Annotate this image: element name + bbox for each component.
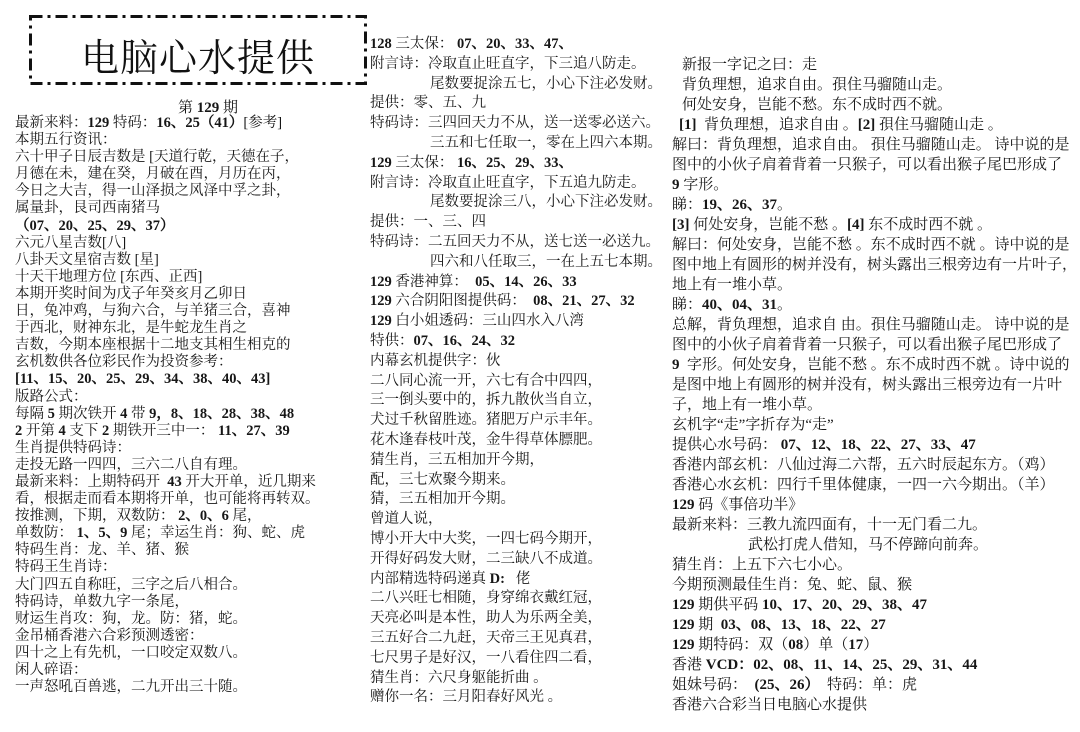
text-segment: 。 [777, 197, 792, 213]
text-line: 提供：零、五、九 [370, 94, 662, 114]
highlighted-numbers: 10、17、20、29、38、47 [762, 597, 927, 613]
text-line: 特供：07、16、24、32 [370, 332, 662, 352]
text-line: 香港 VCD：02、08、11、14、25、29、31、44 [672, 655, 1077, 675]
text-segment: 带 [127, 406, 149, 422]
text-segment: 子，地上有一堆小草。 [672, 397, 822, 413]
text-segment: 赠你一名：三月阳春好风光 。 [370, 689, 562, 705]
text-line: 尾数要捉涂五七，小心下注必发财。 [370, 75, 662, 95]
highlighted-numbers: 40、04、31 [702, 297, 777, 313]
text-segment: 三太保： [392, 155, 457, 171]
text-segment: 单数防： [15, 525, 77, 541]
text-line: 赠你一名：三月阳春好风光 。 [370, 688, 662, 708]
text-line: 新报一字记之曰：走 [672, 55, 1077, 75]
text-segment: 十天干地理方位 [东西、正西] [15, 269, 202, 285]
text-segment: 版路公式： [15, 389, 88, 405]
text-line: 图中地上有圆形的树并没有，树头露出三根旁边有一片叶子， [672, 255, 1077, 275]
highlighted-numbers: 4 [59, 423, 66, 439]
text-segment: 曾道人说， [370, 511, 443, 527]
text-segment: 地上有一堆小草。 [672, 277, 792, 293]
text-line: 特码诗：三四回天力不从，送一送零必送六。 [370, 114, 662, 134]
text-line: 特码生肖：龙、羊、猪、猴 [15, 542, 320, 559]
text-segment: 佬 [505, 571, 530, 587]
text-line: 单数防： 1、5、9 尾；幸运生肖：狗、蛇、虎 [15, 525, 320, 542]
text-line: 128 三太保： 07、20、33、47、 [370, 35, 662, 55]
text-segment: 二八同心流一开，六七有合中四四， [370, 373, 602, 389]
text-segment: 特供： [370, 333, 414, 349]
text-segment: 最新来料：上期特码开 [15, 474, 167, 490]
text-line: 129 六合阴阳图提供码： 08、21、27、32 [370, 292, 662, 312]
text-line: 三一倒头要中的，拆九散伙当自立， [370, 391, 662, 411]
text-segment: 。 [777, 297, 792, 313]
text-segment: 期铁开三中一： [109, 423, 218, 439]
text-line: 睇：40、04、31。 [672, 295, 1077, 315]
title-box: 电脑心水提供 [29, 15, 367, 85]
text-segment: 三太保： [392, 36, 457, 52]
highlighted-numbers: 129 [370, 274, 392, 290]
text-segment: 提供：零、五、九 [370, 95, 486, 111]
text-segment: 大门四五自称旺，三字之后八相合。 [15, 577, 247, 593]
text-segment: 解曰：何处安身，岂能不愁 。东不成时西不就 。诗中说的是 [672, 237, 1070, 253]
text-line: 子，地上有一堆小草。 [672, 395, 1077, 415]
text-segment: 最新来料： [15, 115, 88, 131]
text-segment: 开大开单，近几期来 [182, 474, 316, 490]
text-line: [11、15、20、25、29、34、38、40、43] [15, 371, 320, 388]
issue-prefix: 第 [178, 100, 197, 116]
text-segment: 图中地上有圆形的树并没有，树头露出三根旁边有一片叶子， [672, 257, 1077, 273]
text-line: 曾道人说， [370, 510, 662, 530]
text-segment: 猜，三五相加开今期。 [370, 491, 515, 507]
text-line: 尾数要捉涂三八，小心下注必发财。 [370, 193, 662, 213]
text-segment: 背负理想，追求自由 。 [697, 117, 858, 133]
text-line: 今日之大吉，得一山泽损之风泽中孚之卦， [15, 183, 320, 200]
text-segment: 附言诗：冷取直止旺直字，下五追九防走。 [370, 175, 646, 191]
highlighted-numbers: 129 [672, 497, 695, 513]
text-segment: 玄机数供各位彩民作为投资参考： [15, 354, 233, 370]
text-segment: 猜生肖：六尺身躯能折曲 。 [370, 670, 548, 686]
text-line: 特码诗，单数九字一条尾， [15, 594, 320, 611]
text-segment: 三五好合二九赶，天帝三王见真君， [370, 630, 602, 646]
text-segment: 花木逢春枝叶茂，金牛得草体膘肥。 [370, 432, 602, 448]
text-line: [3] 何处安身，岂能不愁 。[4] 东不成时西不就 。 [672, 215, 1077, 235]
text-segment: 今日之大吉，得一山泽损之风泽中孚之卦， [15, 183, 291, 199]
highlighted-numbers: 129 [672, 597, 695, 613]
text-segment: 二八兴旺七相随，身穿绵衣戴红冠， [370, 590, 602, 606]
text-segment: 香港 [672, 657, 706, 673]
text-segment: 睇： [672, 197, 702, 213]
text-segment: 内部精选特码递真 [370, 571, 490, 587]
text-segment: 金吊桶香港六合彩预测透密： [15, 628, 204, 644]
text-line: 三五好合二九赶，天帝三王见真君， [370, 629, 662, 649]
highlighted-numbers: 07、12、18、22、27、33、47 [781, 437, 976, 453]
text-line: 129 三太保： 16、25、29、33、 [370, 154, 662, 174]
text-segment: 生肖提供特码诗： [15, 440, 131, 456]
text-segment: 姐妹号码： [672, 677, 755, 693]
text-segment: 每隔 [15, 406, 48, 422]
text-line: 地上有一堆小草。 [672, 275, 1077, 295]
text-line: 配，三七欢聚今期来。 [370, 471, 662, 491]
text-line: 十天干地理方位 [东西、正西] [15, 269, 320, 286]
text-line: 香港内部玄机：八仙过海二六帮，五六时辰起东方。（鸡） [672, 455, 1077, 475]
text-segment: 解曰：背负理想，追求自由。 孭住马骝随山走。 诗中说的是 [672, 137, 1070, 153]
highlighted-numbers: [3] [672, 217, 690, 233]
text-line: 何处安身，岂能不愁。东不成时西不就。 [672, 95, 1077, 115]
text-line: 129 期特码：双（08）单（17） [672, 635, 1077, 655]
text-line: 图中的小伙子肩着背着一只猴子，可以看出猴子尾巴形成了 [672, 155, 1077, 175]
text-line: 本期五行资讯： [15, 132, 320, 149]
text-segment: 玄机字“走”字折存为“走” [672, 417, 834, 433]
text-line: 9 字形。何处安身，岂能不愁 。东不成时西不就 。诗中说的 [672, 355, 1077, 375]
text-segment: 香港神算： [392, 274, 475, 290]
text-line: 最新来料：三教九流四面有，十一无门看二九。 [672, 515, 1077, 535]
text-line: 香港心水玄机：四行千里体健康，一四一六今期出。（羊） [672, 475, 1077, 495]
text-segment: 尾数要捉涂三八，小心下注必发财。 [430, 194, 662, 210]
text-line: 七尺男子是好汉，一八看住四二看， [370, 649, 662, 669]
text-segment: 内幕玄机提供字：伙 [370, 353, 501, 369]
text-line: 金吊桶香港六合彩预测透密： [15, 628, 320, 645]
text-segment: 七尺男子是好汉，一八看住四二看， [370, 650, 602, 666]
text-segment: 三一倒头要中的，拆九散伙当自立， [370, 392, 602, 408]
text-segment: 期特码：双（ [695, 637, 789, 653]
highlighted-numbers: D: [490, 571, 505, 587]
text-segment: 特码王生肖诗： [15, 559, 117, 575]
text-segment: 八卦天文星宿吉数 [星] [15, 252, 159, 268]
text-line: 提供心水号码： 07、12、18、22、27、33、47 [672, 435, 1077, 455]
text-segment: 尾， [229, 508, 262, 524]
text-line: 今期预测最佳生肖：兔、蛇、鼠、猴 [672, 575, 1077, 595]
text-segment: 孭住马骝随山走 。 [875, 117, 1003, 133]
highlighted-numbers: 9 [672, 177, 680, 193]
text-segment: 博小开大中大奖，一四七码今期开， [370, 531, 602, 547]
text-line: [1] 背负理想，追求自由 。[2] 孭住马骝随山走 。 [672, 115, 1077, 135]
text-line: 开得好码发大财，二三缺八不成道。 [370, 550, 662, 570]
text-line: 武松打虎人借知，马不停蹄向前奔。 [672, 535, 1077, 555]
text-segment: 期次铁开 [55, 406, 120, 422]
text-line: 日，兔冲鸡，与狗六合，与羊猪三合，喜神 [15, 303, 320, 320]
highlighted-numbers: 19、26、37 [702, 197, 777, 213]
document-title: 电脑心水提供 [29, 19, 367, 89]
text-segment: 按推测，下期，双数防： [15, 508, 178, 524]
highlighted-numbers: 07、20、33、47、 [457, 36, 573, 52]
text-line: 香港六合彩当日电脑心水提供 [672, 695, 1077, 715]
text-segment: 尾；幸运生肖：狗、蛇、虎 [127, 525, 305, 541]
text-line: 附言诗：冷取直止旺直字，下三追八防走。 [370, 55, 662, 75]
text-segment: ） [863, 637, 878, 653]
text-segment: [参考] [243, 115, 282, 131]
text-line: 四六和八任取三，一在上五七本期。 [370, 253, 662, 273]
text-line: 版路公式： [15, 389, 320, 406]
text-line: 每隔 5 期次铁开 4 带 9，8、18、28、38、48 [15, 406, 320, 423]
highlighted-numbers: 1、5、9 [77, 525, 128, 541]
highlighted-numbers: 11、27、39 [218, 423, 290, 439]
text-segment: 总解，背负理想，追求自 由。孭住马骝随山走。 诗中说的是 [672, 317, 1070, 333]
highlighted-numbers: [2] [858, 117, 876, 133]
text-segment: 看，根据走而看本期将开单，也可能将再转双。 [15, 491, 320, 507]
highlighted-numbers: 5 [48, 406, 55, 422]
text-segment: 特码： [109, 115, 156, 131]
text-line: 属量卦，艮司西南猪马 [15, 200, 320, 217]
text-segment: 特码：单：虎 [820, 677, 918, 693]
text-segment: 特码诗：三四回天力不从，送一送零必送六。 [370, 115, 660, 131]
text-segment: 香港六合彩当日电脑心水提供 [672, 697, 867, 713]
text-segment: 尾数要捉涂五七，小心下注必发财。 [430, 76, 662, 92]
text-segment: 犬过千秋留胜迹。猪肥万户示丰年。 [370, 412, 602, 428]
highlighted-numbers: 129 [370, 155, 392, 171]
text-line: 总解，背负理想，追求自 由。孭住马骝随山走。 诗中说的是 [672, 315, 1077, 335]
text-line: 八卦天文星宿吉数 [星] [15, 252, 320, 269]
highlighted-numbers: 128 [370, 36, 392, 52]
text-segment: 配，三七欢聚今期来。 [370, 472, 515, 488]
text-segment: 白小姐透码：三山四水入八湾 [392, 313, 584, 329]
text-line: 三五和七任取一，零在上四六本期。 [370, 134, 662, 154]
text-segment: 支下 [66, 423, 102, 439]
text-segment: 特码诗，单数九字一条尾， [15, 594, 189, 610]
text-line: 图中的小伙子肩着背着一只猴子，可以看出猴子尾巴形成了 [672, 335, 1077, 355]
highlighted-numbers: 2、0、6 [178, 508, 229, 524]
text-segment: 新报一字记之曰：走 [682, 57, 817, 73]
highlighted-numbers: 03、08、13、18、22、27 [721, 617, 886, 633]
highlighted-numbers: [1] [679, 117, 697, 133]
text-segment: 闲人碎语： [15, 662, 88, 678]
text-line: 解曰：背负理想，追求自由。 孭住马骝随山走。 诗中说的是 [672, 135, 1077, 155]
text-line: 2 开第 4 支下 2 期铁开三中一： 11、27、39 [15, 423, 320, 440]
issue-number: 129 [197, 100, 220, 116]
text-line: 129 期 03、08、13、18、22、27 [672, 615, 1077, 635]
text-segment: 特码诗：二五回天力不从，送七送一必送九。 [370, 234, 660, 250]
text-line: 129 白小姐透码：三山四水入八湾 [370, 312, 662, 332]
text-segment: 提供：一、三、四 [370, 214, 486, 230]
text-segment: 何处安身，岂能不愁 。 [690, 217, 848, 233]
text-segment: 月德在未，建在癸，月破在酉，月历在丙， [15, 166, 291, 182]
text-segment: 香港内部玄机：八仙过海二六帮，五六时辰起东方。（鸡） [672, 457, 1055, 473]
text-line: 提供：一、三、四 [370, 213, 662, 233]
highlighted-numbers: （07、20、25、29、37） [15, 218, 175, 234]
text-segment: 开第 [22, 423, 58, 439]
text-segment: 三五和七任取一，零在上四六本期。 [430, 135, 662, 151]
highlighted-numbers: [4] [847, 217, 865, 233]
text-segment: 一声怒吼百兽逃，二九开出三十随。 [15, 679, 247, 695]
text-line: 一声怒吼百兽逃，二九开出三十随。 [15, 679, 320, 696]
text-line: 吉数，今期本座根据十二地支其相生相克的 [15, 337, 320, 354]
text-line: 于西北，财神东北，是牛蛇龙生肖之 [15, 320, 320, 337]
text-line: 内部精选特码递真 D: 佬 [370, 570, 662, 590]
text-line: 129 香港神算： 05、14、26、33 [370, 273, 662, 293]
highlighted-numbers: 16、25、29、33、 [457, 155, 573, 171]
text-segment: 提供心水号码： [672, 437, 781, 453]
right-column: 新报一字记之曰：走背负理想，追求自由。孭住马骝随山走。何处安身，岂能不愁。东不成… [672, 55, 1077, 715]
text-line: 背负理想，追求自由。孭住马骝随山走。 [672, 75, 1077, 95]
text-line: 六十甲子日辰吉数是 [天道行乾，天德在子， [15, 149, 320, 166]
text-segment: 附言诗：冷取直止旺直字，下三追八防走。 [370, 56, 646, 72]
highlighted-numbers: [11、15、20、25、29、34、38、40、43] [15, 371, 270, 387]
text-segment: 走投无路一四四，三六二八自有理。 [15, 457, 247, 473]
highlighted-numbers: 9 [672, 357, 680, 373]
text-segment: 四十之上有先机，一口咬定双数八。 [15, 645, 247, 661]
highlighted-numbers: 129 [672, 617, 695, 633]
text-line: 129 期供平码 10、17、20、29、38、47 [672, 595, 1077, 615]
text-segment: 字形。 [680, 177, 729, 193]
issue-suffix: 期 [219, 100, 238, 116]
text-segment: 武松打虎人借知，马不停蹄向前奔。 [748, 537, 988, 553]
text-line: 大门四五自称旺，三字之后八相合。 [15, 577, 320, 594]
highlighted-numbers: 129 [672, 637, 695, 653]
text-line: 最新来料：上期特码开 43 开大开单，近几期来 [15, 474, 320, 491]
text-line: 姐妹号码： (25、26） 特码：单：虎 [672, 675, 1077, 695]
text-line: 月德在未，建在癸，月破在酉，月历在丙， [15, 166, 320, 183]
text-line: 花木逢春枝叶茂，金牛得草体膘肥。 [370, 431, 662, 451]
highlighted-numbers: 07、16、24、32 [414, 333, 516, 349]
text-segment: 期供平码 [695, 597, 763, 613]
highlighted-numbers: 129 [370, 293, 392, 309]
text-segment: 码《事倍功半》 [695, 497, 804, 513]
text-segment: 香港心水玄机：四行千里体健康，一四一六今期出。（羊） [672, 477, 1055, 493]
text-line: 特码诗：二五回天力不从，送七送一必送九。 [370, 233, 662, 253]
text-line: 博小开大中大奖，一四七码今期开， [370, 530, 662, 550]
text-line: 附言诗：冷取直止旺直字，下五追九防走。 [370, 174, 662, 194]
text-segment: 猜生肖，三五相加开今期， [370, 452, 544, 468]
text-segment: 日，兔冲鸡，与狗六合，与羊猪三合，喜神 [15, 303, 291, 319]
highlighted-numbers: VCD：02、08、11、14、25、29、31、44 [706, 657, 978, 673]
text-line: 猜，三五相加开今期。 [370, 490, 662, 510]
text-segment: ）单（ [803, 637, 848, 653]
highlighted-numbers: (25、26） [755, 677, 820, 693]
text-line: 二八兴旺七相随，身穿绵衣戴红冠， [370, 589, 662, 609]
text-line: 玄机字“走”字折存为“走” [672, 415, 1077, 435]
text-segment: 本期五行资讯： [15, 132, 117, 148]
text-segment: 猜生肖：上五下六七小心。 [672, 557, 852, 573]
text-line: 特码王生肖诗： [15, 559, 320, 576]
text-segment: 四六和八任取三，一在上五七本期。 [430, 254, 662, 270]
text-segment: 图中的小伙子肩着背着一只猴子，可以看出猴子尾巴形成了 [672, 157, 1062, 173]
text-line: 最新来料：129 特码：16、25（41）[参考] [15, 115, 320, 132]
text-line: （07、20、25、29、37） [15, 218, 320, 235]
text-segment: 字形。何处安身，岂能不愁 。东不成时西不就 。诗中说的 [680, 357, 1070, 373]
text-segment: 图中的小伙子肩着背着一只猴子，可以看出猴子尾巴形成了 [672, 337, 1062, 353]
text-line: 本期开奖时间为戊子年癸亥月乙卯日 [15, 286, 320, 303]
left-column: 最新来料：129 特码：16、25（41）[参考]本期五行资讯：六十甲子日辰吉数… [15, 115, 320, 696]
text-segment: 财运生肖攻：狗，龙。防：猪，蛇。 [15, 611, 247, 627]
text-line: 129 码《事倍功半》 [672, 495, 1077, 515]
highlighted-numbers: 17 [848, 637, 863, 653]
text-segment: 睇： [672, 297, 702, 313]
text-line: 内幕玄机提供字：伙 [370, 352, 662, 372]
text-segment: 天亮必叫是本性，助人为乐两全美， [370, 610, 602, 626]
text-segment: 最新来料：三教九流四面有，十一无门看二九。 [672, 517, 987, 533]
text-line: 生肖提供特码诗： [15, 440, 320, 457]
text-segment: 何处安身，岂能不愁。东不成时西不就。 [682, 97, 952, 113]
text-segment: 吉数，今期本座根据十二地支其相生相克的 [15, 337, 291, 353]
text-line: 六元八星吉数[八] [15, 235, 320, 252]
text-line: 看，根据走而看本期将开单，也可能将再转双。 [15, 491, 320, 508]
text-line: 猜生肖：六尺身躯能折曲 。 [370, 669, 662, 689]
highlighted-numbers: 129 [370, 313, 392, 329]
text-segment: 期 [695, 617, 721, 633]
text-line: 解曰：何处安身，岂能不愁 。东不成时西不就 。诗中说的是 [672, 235, 1077, 255]
highlighted-numbers: 43 [167, 474, 182, 490]
highlighted-numbers: 16、25（41） [156, 115, 243, 131]
highlighted-numbers: 08、21、27、32 [533, 293, 635, 309]
text-line: 猜生肖，三五相加开今期， [370, 451, 662, 471]
text-line: 是图中地上有圆形的树并没有，树头露出三根旁边有一片叶 [672, 375, 1077, 395]
text-line: 9 字形。 [672, 175, 1077, 195]
text-line: 睇：19、26、37。 [672, 195, 1077, 215]
text-line: 天亮必叫是本性，助人为乐两全美， [370, 609, 662, 629]
highlighted-numbers: 9，8、18、28、38、48 [149, 406, 294, 422]
text-line: 猜生肖：上五下六七小心。 [672, 555, 1077, 575]
text-line: 玄机数供各位彩民作为投资参考： [15, 354, 320, 371]
text-line: 二八同心流一开，六七有合中四四， [370, 372, 662, 392]
text-line: 闲人碎语： [15, 662, 320, 679]
text-segment: 于西北，财神东北，是牛蛇龙生肖之 [15, 320, 247, 336]
text-segment: 本期开奖时间为戊子年癸亥月乙卯日 [15, 286, 247, 302]
text-line: 犬过千秋留胜迹。猪肥万户示丰年。 [370, 411, 662, 431]
text-segment: 特码生肖：龙、羊、猪、猴 [15, 542, 189, 558]
text-line: 按推测，下期，双数防： 2、0、6 尾， [15, 508, 320, 525]
text-segment: 六合阴阳图提供码： [392, 293, 533, 309]
text-segment: 东不成时西不就 。 [865, 217, 993, 233]
text-segment: 背负理想，追求自由。孭住马骝随山走。 [682, 77, 952, 93]
text-segment: 开得好码发大财，二三缺八不成道。 [370, 551, 602, 567]
text-line: 财运生肖攻：狗，龙。防：猪，蛇。 [15, 611, 320, 628]
highlighted-numbers: 05、14、26、33 [475, 274, 577, 290]
highlighted-numbers: 129 [88, 115, 110, 131]
text-segment: 今期预测最佳生肖：兔、蛇、鼠、猴 [672, 577, 912, 593]
middle-column: 128 三太保： 07、20、33、47、附言诗：冷取直止旺直字，下三追八防走。… [370, 35, 662, 708]
text-segment: 六十甲子日辰吉数是 [天道行乾，天德在子， [15, 149, 299, 165]
text-segment: 六元八星吉数[八] [15, 235, 126, 251]
text-segment: 是图中地上有圆形的树并没有，树头露出三根旁边有一片叶 [672, 377, 1062, 393]
text-segment: 属量卦，艮司西南猪马 [15, 200, 160, 216]
text-line: 走投无路一四四，三六二八自有理。 [15, 457, 320, 474]
text-line: 四十之上有先机，一口咬定双数八。 [15, 645, 320, 662]
highlighted-numbers: 08 [788, 637, 803, 653]
